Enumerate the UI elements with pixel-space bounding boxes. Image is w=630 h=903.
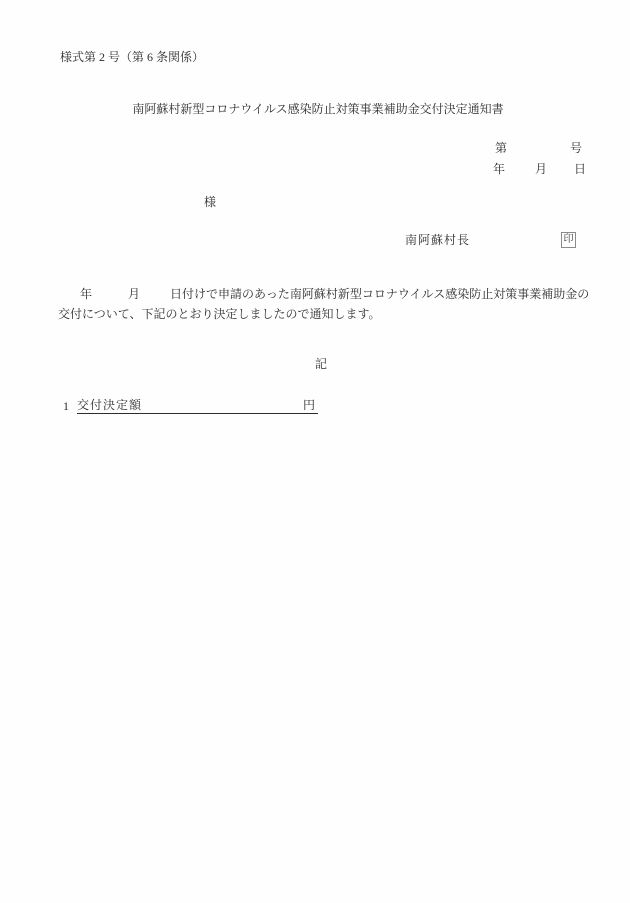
form-number-note: 様式第 2 号（第 6 条関係） xyxy=(60,50,204,65)
recipient-honorific: 様 xyxy=(204,195,216,209)
item-unit: 円 xyxy=(303,398,315,413)
recipient-line: 様 xyxy=(204,195,216,210)
body-year-label: 年 xyxy=(80,287,92,301)
item-amount-field: 交付決定額 円 xyxy=(77,398,318,414)
document-page: 様式第 2 号（第 6 条関係） 南阿蘇村新型コロナウイルス感染防止対策事業補助… xyxy=(0,0,630,903)
sender-title: 南阿蘇村長 xyxy=(405,233,470,248)
doc-number-suffix: 号 xyxy=(570,141,582,155)
body-month-label: 月 xyxy=(128,287,140,301)
body-month-blank xyxy=(140,297,170,298)
item-number: 1 xyxy=(63,399,69,414)
date-day-label: 日 xyxy=(574,162,586,176)
seal-box: 印 xyxy=(561,232,576,248)
date-month-blank xyxy=(547,172,574,173)
body-paragraph-line-2: 交付について、下記のとおり決定しましたので通知します。 xyxy=(58,307,381,322)
date-month-label: 月 xyxy=(535,162,547,176)
document-title: 南阿蘇村新型コロナウイルス感染防止対策事業補助金交付決定通知書 xyxy=(0,102,630,117)
date-line: 年月日 xyxy=(493,162,586,177)
item-label: 交付決定額 xyxy=(77,398,142,413)
seal-label: 印 xyxy=(564,234,574,245)
doc-number-line: 第号 xyxy=(495,141,582,156)
body-year-blank xyxy=(92,297,128,298)
section-marker: 記 xyxy=(0,357,630,372)
body-indent-blank xyxy=(58,297,80,298)
doc-number-prefix: 第 xyxy=(495,141,507,155)
doc-number-blank xyxy=(507,151,570,152)
date-year-blank xyxy=(505,172,535,173)
body-paragraph-line-1: 年月日付けで申請のあった南阿蘇村新型コロナウイルス感染防止対策事業補助金の xyxy=(58,287,589,302)
body-line-1-text: 日付けで申請のあった南阿蘇村新型コロナウイルス感染防止対策事業補助金の xyxy=(170,287,589,301)
date-year-label: 年 xyxy=(493,162,505,176)
